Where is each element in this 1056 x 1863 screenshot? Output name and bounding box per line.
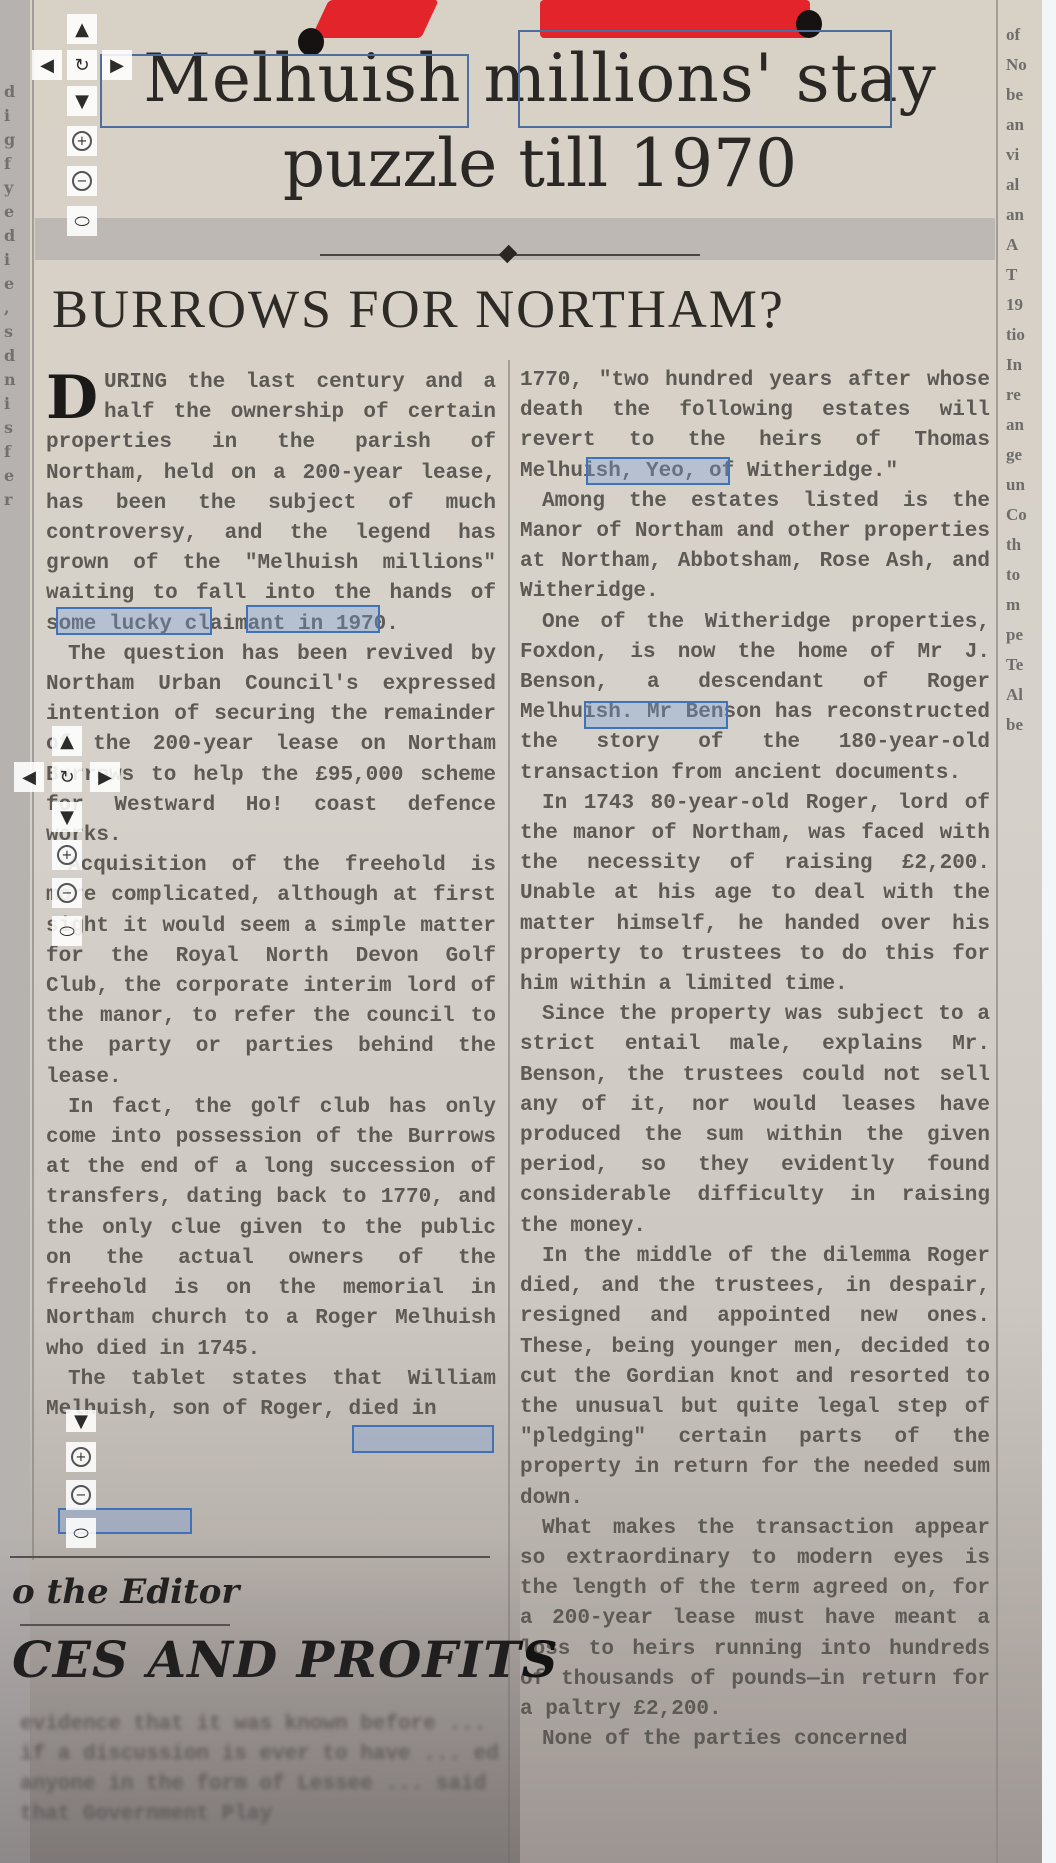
- pan-up-button[interactable]: ▲: [52, 726, 82, 756]
- headline-line-2: puzzle till 1970: [90, 125, 990, 202]
- arrow-down-icon: ▼: [60, 807, 74, 828]
- full-extent-button[interactable]: ⬭: [52, 916, 82, 946]
- arrow-down-icon: ▼: [74, 1411, 88, 1432]
- paragraph: Since the property was subject to a stri…: [520, 1000, 990, 1242]
- full-extent-button[interactable]: ⬭: [66, 1518, 96, 1548]
- letters-body: evidence that it was known before ... if…: [20, 1710, 500, 1830]
- map-image-viewer[interactable]: d i g f y e d i e , s d n i s f e r of N…: [0, 0, 1056, 1863]
- article-column-right: 1770, "two hundred years after whose dea…: [520, 366, 990, 1755]
- arrow-up-icon: ▲: [60, 731, 74, 752]
- pan-right-button[interactable]: ▶: [90, 762, 120, 792]
- search-hit-box[interactable]: [56, 607, 212, 635]
- paragraph: Among the estates listed is the Manor of…: [520, 487, 990, 608]
- zoom-in-button[interactable]: +: [67, 126, 97, 156]
- search-hit-box[interactable]: [584, 701, 728, 729]
- arrow-up-icon: ▲: [75, 19, 89, 40]
- pan-down-button[interactable]: ▼: [67, 86, 97, 116]
- pan-zoom-control: ▲ ◀ ↻ ▶ ▼ + − ⬭: [2, 726, 122, 986]
- arrow-right-icon: ▶: [110, 55, 124, 76]
- arrow-down-icon: ▼: [75, 91, 89, 112]
- world-icon: ⬭: [59, 921, 74, 942]
- arrow-left-icon: ◀: [22, 767, 36, 788]
- page-margin: [1042, 0, 1056, 1863]
- subheadline: BURROWS FOR NORTHAM?: [52, 278, 785, 340]
- zoom-out-icon: −: [72, 171, 92, 191]
- arrow-left-icon: ◀: [40, 55, 54, 76]
- zoom-out-icon: −: [57, 883, 77, 903]
- reset-view-button[interactable]: ↻: [67, 50, 97, 80]
- rotate-icon: ↻: [74, 55, 89, 76]
- zoom-in-icon: +: [57, 845, 77, 865]
- pan-zoom-control: ▲ ◀ ↻ ▶ ▼ + − ⬭: [22, 14, 142, 274]
- paragraph: None of the parties concerned: [520, 1725, 990, 1755]
- search-hit-box[interactable]: [586, 457, 730, 485]
- drop-cap: D: [46, 372, 98, 424]
- search-hit-box[interactable]: [518, 30, 892, 128]
- left-edge-fragments: d i g f y e d i e , s d n i s f e r: [4, 80, 24, 512]
- pan-down-button[interactable]: ▼: [66, 1410, 96, 1432]
- search-hit-box[interactable]: [352, 1425, 494, 1453]
- zoom-out-icon: −: [71, 1485, 91, 1505]
- paragraph: In fact, the golf club has only come int…: [46, 1093, 496, 1365]
- pan-up-button[interactable]: ▲: [67, 14, 97, 44]
- zoom-in-icon: +: [72, 131, 92, 151]
- paragraph: One of the Witheridge properties, Foxdon…: [520, 608, 990, 789]
- red-ribbon: [311, 0, 439, 38]
- zoom-in-button[interactable]: +: [66, 1442, 96, 1472]
- pan-zoom-control: ▼ + − ⬭: [54, 1410, 174, 1670]
- search-hit-box[interactable]: [246, 605, 380, 633]
- pan-down-button[interactable]: ▼: [52, 802, 82, 832]
- pan-left-button[interactable]: ◀: [14, 762, 44, 792]
- full-extent-button[interactable]: ⬭: [67, 206, 97, 236]
- paragraph: What makes the transaction appear so ext…: [520, 1514, 990, 1725]
- reset-view-button[interactable]: ↻: [52, 762, 82, 792]
- zoom-out-button[interactable]: −: [66, 1480, 96, 1510]
- zoom-out-button[interactable]: −: [67, 166, 97, 196]
- search-hit-box[interactable]: [100, 54, 469, 128]
- paragraph: DURING the last century and a half the o…: [46, 368, 496, 640]
- world-icon: ⬭: [73, 1523, 88, 1544]
- zoom-out-button[interactable]: −: [52, 878, 82, 908]
- paragraph: In 1743 80-year-old Roger, lord of the m…: [520, 789, 990, 1000]
- column-rule: [996, 0, 998, 1863]
- paragraph: In the middle of the dilemma Roger died,…: [520, 1242, 990, 1514]
- zoom-in-button[interactable]: +: [52, 840, 82, 870]
- arrow-right-icon: ▶: [98, 767, 112, 788]
- world-icon: ⬭: [74, 211, 89, 232]
- pan-left-button[interactable]: ◀: [32, 50, 62, 80]
- rotate-icon: ↻: [59, 767, 74, 788]
- zoom-in-icon: +: [71, 1447, 91, 1467]
- right-edge-fragments: of No be an vi al an A T 19 tio In re an…: [1006, 20, 1042, 740]
- pan-right-button[interactable]: ▶: [102, 50, 132, 80]
